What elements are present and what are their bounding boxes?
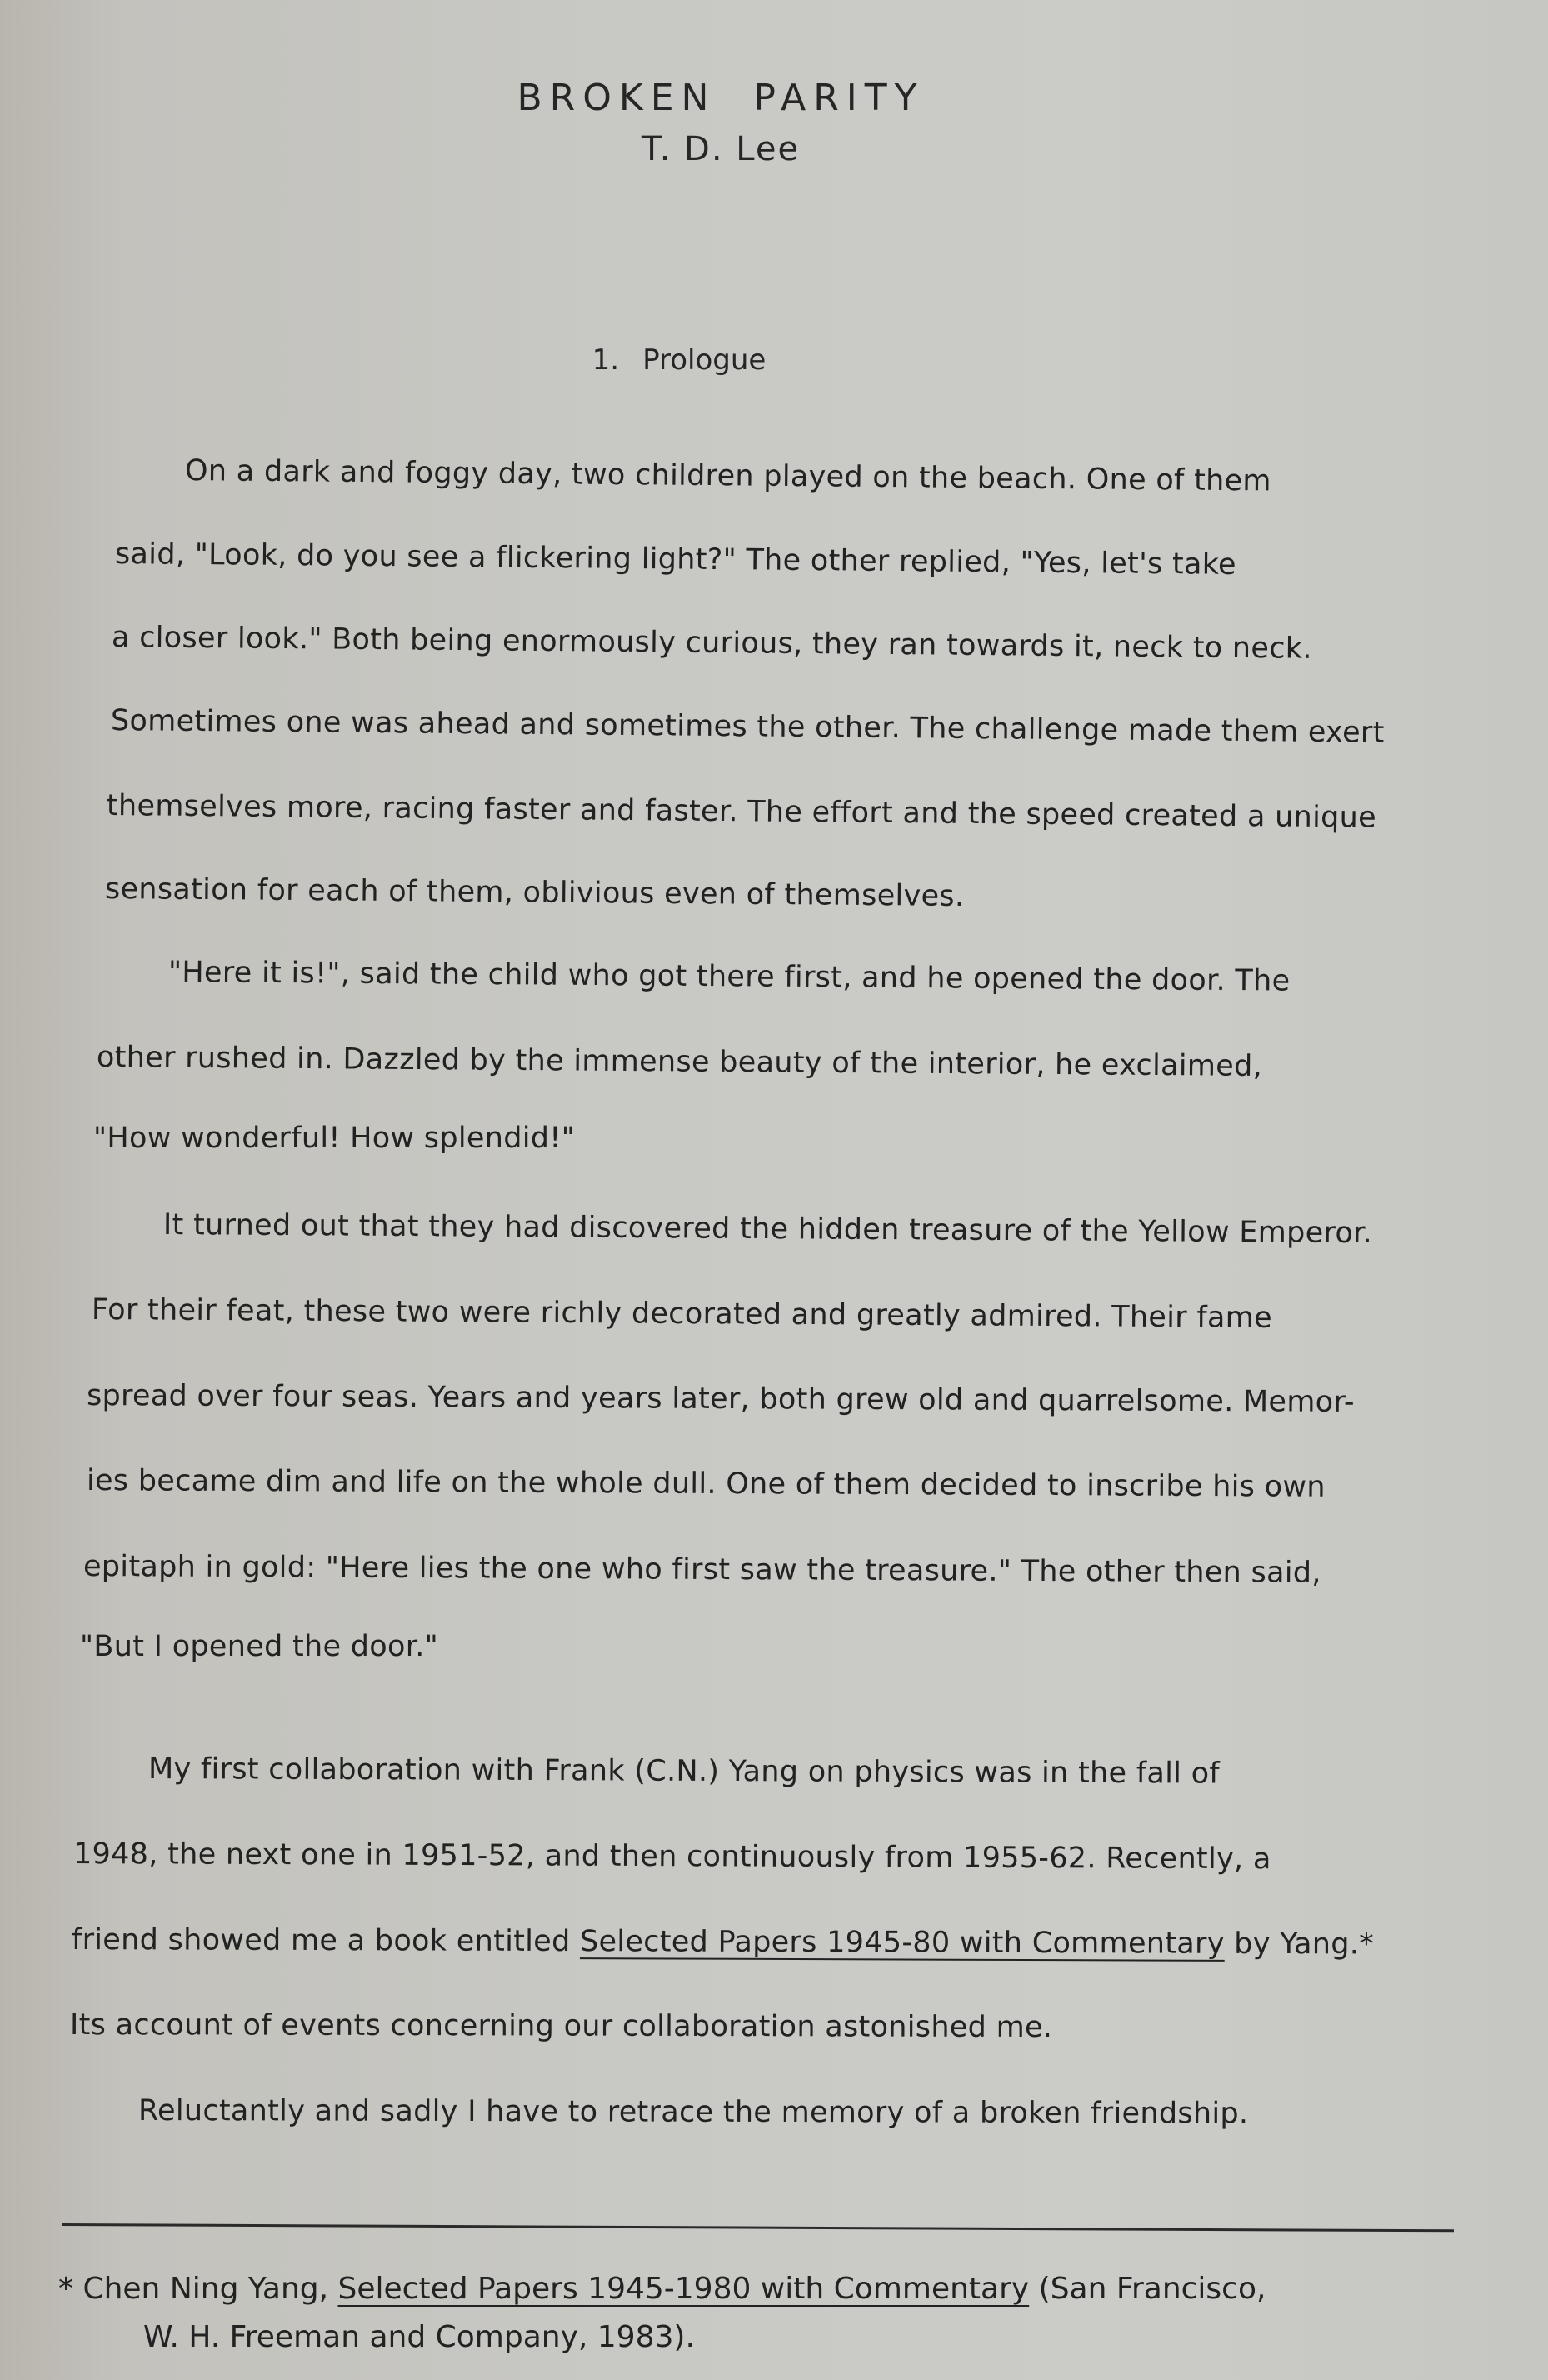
footnote-text: (San Francisco, xyxy=(1029,2272,1266,2306)
footnote: * Chen Ning Yang, Selected Papers 1945-1… xyxy=(58,2272,1266,2306)
body-line: For their feat, these two were richly de… xyxy=(92,1293,1272,1335)
book-title: Selected Papers 1945-80 with Commentary xyxy=(580,1925,1225,1961)
body-line: Its account of events concerning our col… xyxy=(70,2008,1052,2044)
body-line: other rushed in. Dazzled by the immense … xyxy=(97,1041,1262,1083)
body-line-with-title: friend showed me a book entitled Selecte… xyxy=(72,1923,1374,1961)
body-line: epitaph in gold: "Here lies the one who … xyxy=(83,1550,1321,1590)
footnote-text: Chen Ning Yang, xyxy=(82,2272,337,2306)
body-line: On a dark and foggy day, two children pl… xyxy=(185,454,1271,498)
body-line: It turned out that they had discovered t… xyxy=(163,1208,1372,1250)
body-text: friend showed me a book entitled xyxy=(72,1923,580,1958)
footnote-line-2: W. H. Freeman and Company, 1983). xyxy=(143,2320,695,2354)
body-line: Reluctantly and sadly I have to retrace … xyxy=(138,2094,1248,2130)
body-line: 1948, the next one in 1951-52, and then … xyxy=(73,1837,1271,1876)
body-line: "Here it is!", said the child who got th… xyxy=(168,956,1291,998)
body-line: "How wonderful! How splendid!" xyxy=(93,1122,575,1155)
body-line: "But I opened the door." xyxy=(80,1630,438,1663)
document-page: BROKEN PARITY T. D. Lee 1.Prologue On a … xyxy=(0,0,1548,2380)
body-text: by Yang.* xyxy=(1225,1927,1374,1962)
body-line: My first collaboration with Frank (C.N.)… xyxy=(148,1752,1220,1791)
section-heading: 1.Prologue xyxy=(0,343,1358,377)
footnote-divider xyxy=(62,2223,1454,2232)
section-title: Prologue xyxy=(642,343,766,377)
body-line: said, "Look, do you see a flickering lig… xyxy=(115,537,1236,582)
footnote-marker: * xyxy=(58,2272,73,2306)
document-title: BROKEN PARITY xyxy=(0,77,1441,119)
body-line: spread over four seas. Years and years l… xyxy=(87,1379,1355,1419)
body-line: Sometimes one was ahead and sometimes th… xyxy=(111,704,1385,750)
body-line: themselves more, racing faster and faste… xyxy=(107,789,1376,835)
section-number: 1. xyxy=(592,343,619,377)
footnote-book-title: Selected Papers 1945-1980 with Commentar… xyxy=(338,2272,1030,2306)
body-line: ies became dim and life on the whole dul… xyxy=(87,1464,1326,1504)
body-line: sensation for each of them, oblivious ev… xyxy=(105,872,965,913)
document-author: T. D. Lee xyxy=(0,130,1441,168)
body-line: a closer look." Both being enormously cu… xyxy=(112,621,1312,666)
